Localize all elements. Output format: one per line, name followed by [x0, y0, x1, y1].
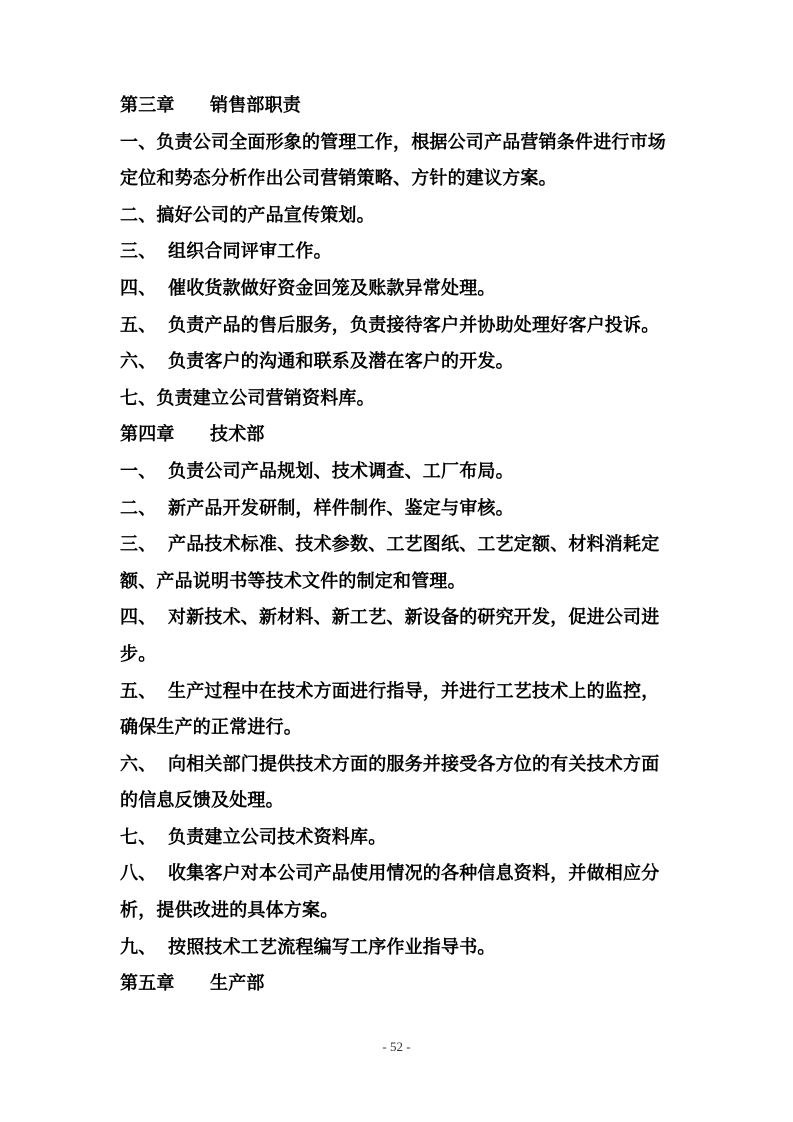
list-item: 二、搞好公司的产品宣传策划。 — [120, 198, 676, 235]
item-text: 负责客户的沟通和联系及潜在客户的开发。 — [168, 351, 514, 372]
list-item: 四、对新技术、新材料、新工艺、新设备的研究开发，促进公司进 — [120, 600, 676, 637]
item-text: 组织合同评审工作。 — [168, 241, 332, 262]
chapter-number: 第五章 — [120, 966, 210, 1003]
item-text: 负责建立公司技术资料库。 — [168, 827, 386, 848]
list-item: 四、催收货款做好资金回笼及账款异常处理。 — [120, 271, 676, 308]
chapter-title: 生产部 — [210, 973, 265, 994]
item-text: 对新技术、新材料、新工艺、新设备的研究开发，促进公司进 — [168, 607, 659, 628]
chapter-number: 第三章 — [120, 88, 210, 125]
item-text: 按照技术工艺流程编写工序作业指导书。 — [168, 937, 496, 958]
list-item: 七、负责建立公司营销资料库。 — [120, 381, 676, 418]
item-number: 六、 — [120, 344, 168, 381]
document-page: 第三章销售部职责 一、负责公司全面形象的管理工作，根据公司产品营销条件进行市场 … — [0, 0, 793, 1122]
item-number: 七、 — [120, 381, 156, 418]
chapter-heading-4: 第四章技术部 — [120, 417, 676, 454]
item-number: 三、 — [120, 234, 168, 271]
list-item-continuation: 额、产品说明书等技术文件的制定和管理。 — [120, 564, 676, 601]
chapter-heading-3: 第三章销售部职责 — [120, 88, 676, 125]
item-number: 四、 — [120, 271, 168, 308]
item-text: 收集客户对本公司产品使用情况的各种信息资料，并做相应分 — [168, 863, 659, 884]
item-number: 五、 — [120, 674, 168, 711]
list-item: 六、负责客户的沟通和联系及潜在客户的开发。 — [120, 344, 676, 381]
list-item: 一、负责公司全面形象的管理工作，根据公司产品营销条件进行市场 — [120, 125, 676, 162]
list-item-continuation: 析，提供改进的具体方案。 — [120, 893, 676, 930]
item-text: 催收货款做好资金回笼及账款异常处理。 — [168, 278, 496, 299]
chapter-title: 技术部 — [210, 424, 265, 445]
item-text: 额、产品说明书等技术文件的制定和管理。 — [120, 571, 466, 592]
item-number: 一、 — [120, 454, 168, 491]
item-text: 负责建立公司营销资料库。 — [156, 388, 374, 409]
item-text: 的信息反馈及处理。 — [120, 790, 284, 811]
list-item: 七、负责建立公司技术资料库。 — [120, 820, 676, 857]
item-number: 二、 — [120, 198, 156, 235]
item-number: 三、 — [120, 527, 168, 564]
item-text: 向相关部门提供技术方面的服务并接受各方位的有关技术方面 — [168, 754, 659, 775]
list-item: 三、组织合同评审工作。 — [120, 234, 676, 271]
item-number: 五、 — [120, 308, 168, 345]
item-number: 四、 — [120, 600, 168, 637]
item-number: 七、 — [120, 820, 168, 857]
item-text: 步。 — [120, 644, 156, 665]
item-text: 新产品开发研制，样件制作、鉴定与审核。 — [168, 498, 514, 519]
list-item: 六、向相关部门提供技术方面的服务并接受各方位的有关技术方面 — [120, 747, 676, 784]
list-item: 八、收集客户对本公司产品使用情况的各种信息资料，并做相应分 — [120, 856, 676, 893]
list-item: 五、负责产品的售后服务，负责接待客户并协助处理好客户投诉。 — [120, 308, 676, 345]
list-item: 三、产品技术标准、技术参数、工艺图纸、工艺定额、材料消耗定 — [120, 527, 676, 564]
list-item: 二、新产品开发研制，样件制作、鉴定与审核。 — [120, 491, 676, 528]
item-text: 确保生产的正常进行。 — [120, 717, 302, 738]
page-number: - 52 - — [0, 1039, 793, 1055]
chapter-number: 第四章 — [120, 417, 210, 454]
item-text: 析，提供改进的具体方案。 — [120, 900, 338, 921]
list-item-continuation: 确保生产的正常进行。 — [120, 710, 676, 747]
item-text: 负责公司全面形象的管理工作，根据公司产品营销条件进行市场 — [156, 132, 666, 153]
item-number: 九、 — [120, 930, 168, 967]
list-item: 一、负责公司产品规划、技术调查、工厂布局。 — [120, 454, 676, 491]
item-text: 生产过程中在技术方面进行指导，并进行工艺技术上的监控， — [168, 681, 659, 702]
item-text: 产品技术标准、技术参数、工艺图纸、工艺定额、材料消耗定 — [168, 534, 659, 555]
list-item-continuation: 步。 — [120, 637, 676, 674]
item-text: 定位和势态分析作出公司营销策略、方针的建议方案。 — [120, 168, 557, 189]
chapter-heading-5: 第五章生产部 — [120, 966, 676, 1003]
item-text: 搞好公司的产品宣传策划。 — [156, 205, 374, 226]
chapter-title: 销售部职责 — [210, 95, 301, 116]
list-item: 九、按照技术工艺流程编写工序作业指导书。 — [120, 930, 676, 967]
list-item-continuation: 的信息反馈及处理。 — [120, 783, 676, 820]
item-text: 负责公司产品规划、技术调查、工厂布局。 — [168, 461, 514, 482]
item-number: 二、 — [120, 491, 168, 528]
list-item-continuation: 定位和势态分析作出公司营销策略、方针的建议方案。 — [120, 161, 676, 198]
item-number: 八、 — [120, 856, 168, 893]
item-text: 负责产品的售后服务，负责接待客户并协助处理好客户投诉。 — [168, 315, 659, 336]
document-body: 第三章销售部职责 一、负责公司全面形象的管理工作，根据公司产品营销条件进行市场 … — [120, 88, 676, 1003]
item-number: 一、 — [120, 125, 156, 162]
item-number: 六、 — [120, 747, 168, 784]
list-item: 五、生产过程中在技术方面进行指导，并进行工艺技术上的监控， — [120, 674, 676, 711]
